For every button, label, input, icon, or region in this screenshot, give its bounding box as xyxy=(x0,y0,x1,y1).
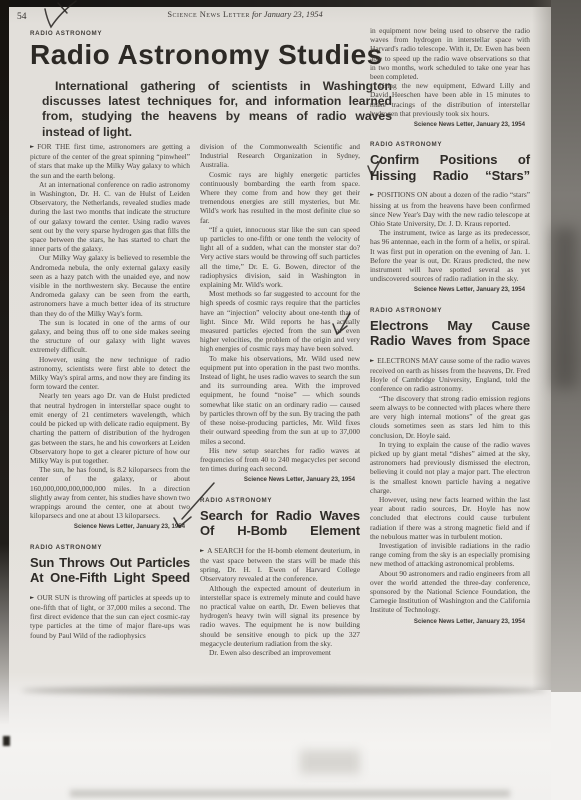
running-header-date: for January 23, 1954 xyxy=(250,10,323,19)
paragraph: Dr. Ewen also described an improvement xyxy=(200,648,360,657)
paragraph-arrow-glyph: ► xyxy=(30,595,34,601)
scan-speck-bottom-left xyxy=(3,736,10,746)
scan-edge-left xyxy=(0,0,9,725)
headline-electrons-article: Electrons May Cause Radio Waves from Spa… xyxy=(370,318,530,349)
kicker-lead: RADIO ASTRONOMY xyxy=(30,30,392,37)
paragraph: ►ELECTRONS MAY cause some of the radio w… xyxy=(370,356,530,394)
credit-line: Science News Letter, January 23, 1954 xyxy=(200,475,360,484)
paragraph: Most methods so far suggested to account… xyxy=(200,289,360,353)
scan-smudge-right xyxy=(553,228,577,388)
page-number: 54 xyxy=(17,12,27,22)
headline-line: Search for Radio Waves xyxy=(200,508,360,524)
kicker-sun-article: RADIO ASTRONOMY xyxy=(30,543,190,552)
paragraph: ►POSITIONS ON about a dozen of the radio… xyxy=(370,190,530,228)
paragraph: However, using the new technique of radi… xyxy=(30,355,190,392)
paragraph: “The discovery that strong radio emissio… xyxy=(370,394,530,440)
paragraph-text: POSITIONS ON about a dozen of the radio … xyxy=(370,190,530,228)
paragraph: ►FOR THE first time, astronomers are get… xyxy=(30,142,190,180)
column-2: division of the Commonwealth Scientific … xyxy=(200,142,360,657)
paragraph: The sun, he has found, is 8.2 kiloparsec… xyxy=(30,465,190,520)
headline-line: Electrons May Cause xyxy=(370,318,530,334)
scanned-magazine-page: 54 Science News Letter for January 23, 1… xyxy=(0,0,581,800)
lead-article-header: RADIO ASTRONOMY Radio Astronomy Studies … xyxy=(30,30,392,140)
lead-headline: Radio Astronomy Studies xyxy=(30,40,392,70)
paragraph-arrow-glyph: ► xyxy=(370,358,374,364)
kicker-confirm-article: RADIO ASTRONOMY xyxy=(370,140,530,149)
running-header-title: Science News Letter xyxy=(167,10,250,19)
scan-smudge-bottom-edge xyxy=(70,790,510,797)
credit-line: Science News Letter, January 23, 1954 xyxy=(370,120,530,129)
paragraph-arrow-glyph: ► xyxy=(370,192,374,198)
paragraph: Nearly ten years ago Dr. van de Hulst pr… xyxy=(30,391,190,465)
headline-sun-article: Sun Throws Out Particles At One-Fifth Li… xyxy=(30,555,190,586)
paragraph: ►OUR SUN is throwing off particles at sp… xyxy=(30,593,190,640)
credit-line: Science News Letter, January 23, 1954 xyxy=(30,522,190,531)
headline-line: Radio Waves from Space xyxy=(370,333,530,349)
lead-deck: International gathering of scientists in… xyxy=(30,79,392,140)
headline-line: Hissing Radio “Stars” xyxy=(370,168,530,184)
paragraph: Our Milky Way galaxy is believed to rese… xyxy=(30,253,190,317)
paragraph: ►A SEARCH for the H-bomb element deuteri… xyxy=(200,546,360,584)
headline-line: Of H-Bomb Element xyxy=(200,523,360,539)
column-1: ►FOR THE first time, astronomers are get… xyxy=(30,142,190,640)
paragraph: The instrument, twice as large as its pr… xyxy=(370,228,530,283)
running-header: Science News Letter for January 23, 1954 xyxy=(140,10,350,19)
credit-line: Science News Letter, January 23, 1954 xyxy=(370,285,530,294)
headline-line: At One-Fifth Light Speed xyxy=(30,570,190,586)
scan-edge-right-bottom xyxy=(551,692,581,800)
paragraph: Investigation of invisible radiations in… xyxy=(370,541,530,569)
paragraph: To make his observations, Mr. Wild used … xyxy=(200,354,360,446)
paragraph-text: ELECTRONS MAY cause some of the radio wa… xyxy=(370,356,530,394)
paragraph-text: A SEARCH for the H-bomb element deuteriu… xyxy=(200,546,360,584)
paragraph: The sun is located in one of the arms of… xyxy=(30,318,190,355)
headline-line: Sun Throws Out Particles xyxy=(30,555,190,571)
paragraph-text: FOR THE first time, astronomers are gett… xyxy=(30,142,190,180)
page-bottom-shadow xyxy=(22,686,546,695)
paragraph: Cosmic rays are highly energetic particl… xyxy=(200,170,360,225)
paragraph-text: OUR SUN is throwing off particles at spe… xyxy=(30,593,190,640)
paragraph: In trying to explain the cause of the ra… xyxy=(370,440,530,495)
column-3: in equipment now being used to observe t… xyxy=(370,26,530,626)
paragraph-arrow-glyph: ► xyxy=(30,144,34,150)
credit-line: Science News Letter, January 23, 1954 xyxy=(370,617,530,626)
paragraph: His new setup searches for radio waves a… xyxy=(200,446,360,474)
paragraph: in equipment now being used to observe t… xyxy=(370,26,530,81)
paragraph: Although the expected amount of deuteriu… xyxy=(200,584,360,648)
scan-edge-top xyxy=(0,0,581,7)
page-curl-shadow xyxy=(532,0,551,690)
paragraph: division of the Commonwealth Scientific … xyxy=(200,142,360,170)
paragraph: “If a quiet, innocuous star like the sun… xyxy=(200,225,360,289)
kicker-hbomb-article: RADIO ASTRONOMY xyxy=(200,496,360,505)
paragraph: However, using new facts learned within … xyxy=(370,495,530,541)
headline-confirm-article: Confirm Positions of Hissing Radio “Star… xyxy=(370,152,530,183)
paragraph: At an international conference on radio … xyxy=(30,180,190,254)
scan-smudge-bottom-center xyxy=(300,750,360,774)
headline-hbomb-article: Search for Radio Waves Of H-Bomb Element xyxy=(200,508,360,539)
headline-line: Confirm Positions of xyxy=(370,152,530,168)
paragraph-arrow-glyph: ► xyxy=(200,548,204,554)
paragraph: About 90 astronomers and radio engineers… xyxy=(370,569,530,615)
paragraph: Using the new equipment, Edward Lilly an… xyxy=(370,81,530,118)
kicker-electrons-article: RADIO ASTRONOMY xyxy=(370,306,530,315)
